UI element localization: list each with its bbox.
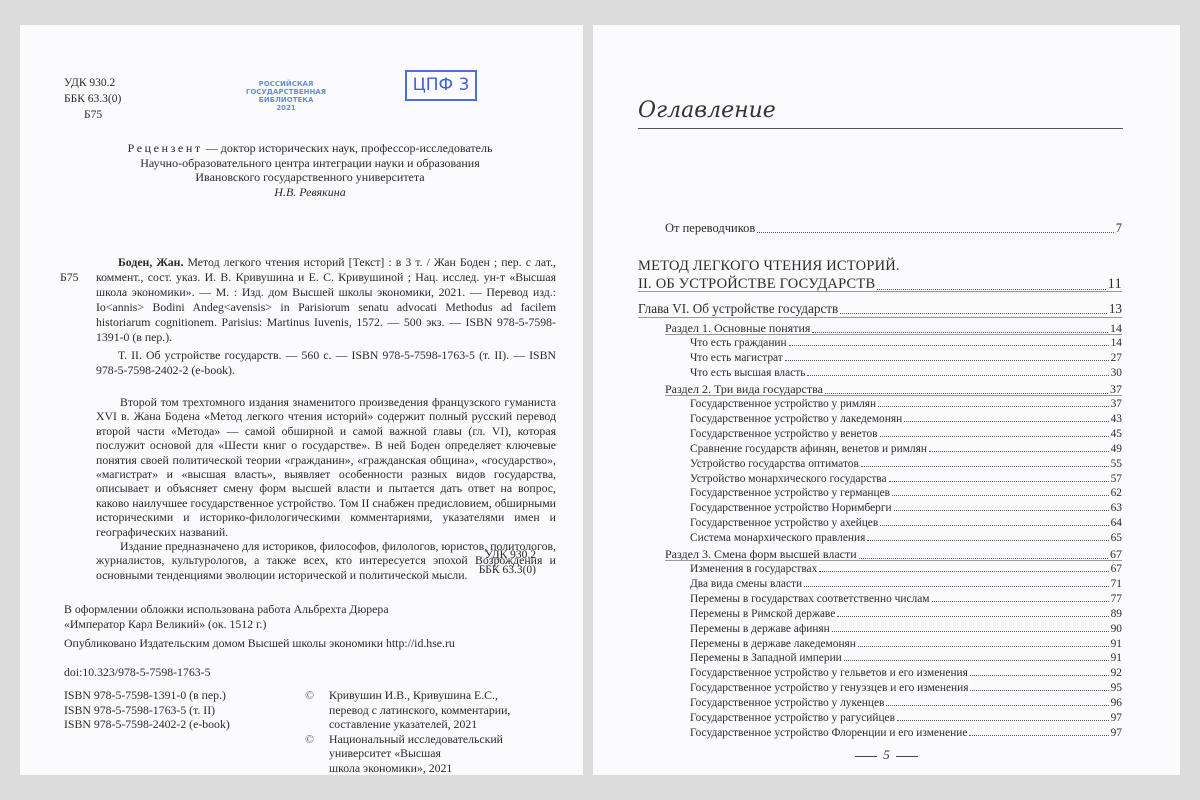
toc-entry[interactable]: Что есть гражданин14 <box>690 337 1122 349</box>
dot-leader <box>970 689 1108 691</box>
toc-page-number: 90 <box>1111 623 1122 635</box>
classification-codes-bottom: УДК 930.2 ББК 63.3(0) <box>479 548 536 578</box>
toc-label: Государственное устройство Норимберги <box>690 502 892 514</box>
toc-divider <box>665 334 1122 335</box>
dot-leader <box>904 420 1108 422</box>
dot-leader <box>897 719 1109 721</box>
dot-leader <box>889 480 1109 482</box>
toc-page-number: 89 <box>1111 608 1122 620</box>
title-divider <box>638 128 1123 129</box>
toc-entry[interactable]: Сравнение государств афинян, венетов и р… <box>690 443 1122 455</box>
toc-entry[interactable]: Государственное устройство у германцев62 <box>690 487 1122 499</box>
toc-label: Перемены в Римской державе <box>690 608 835 620</box>
toc-page-number: 30 <box>1111 367 1122 379</box>
bbk-code: ББК 63.3(0) <box>64 91 121 107</box>
toc-page-number: 13 <box>1109 301 1122 317</box>
toc-entry[interactable]: Устройство государства оптиматов55 <box>690 458 1122 470</box>
toc-label: Государственное устройство у генуэзцев и… <box>690 682 968 694</box>
dot-leader <box>804 585 1109 587</box>
copyright-block: © Кривушин И.В., Кривушина Е.С., перевод… <box>305 688 555 775</box>
dot-leader <box>785 359 1109 361</box>
cover-note-line: В оформлении обложки использована работа… <box>64 602 389 617</box>
toc-entry[interactable]: Перемены в государствах соответственно ч… <box>690 593 1122 605</box>
copyright-item: © Национальный исследовательский универс… <box>305 732 555 776</box>
stamp-line: 2021 <box>238 104 334 112</box>
toc-page-number: 67 <box>1111 563 1122 575</box>
page-number-value: 5 <box>883 747 890 762</box>
dot-leader <box>840 312 1107 314</box>
udk-code: УДК 930.2 <box>479 548 536 563</box>
dot-leader <box>877 288 1105 290</box>
copyright-line: Кривушин И.В., Кривушина Е.С., <box>329 688 555 703</box>
toc-page-number: 64 <box>1111 517 1122 529</box>
toc-entry[interactable]: Изменения в государствах67 <box>690 563 1122 575</box>
toc-page-number: 45 <box>1111 428 1122 440</box>
toc-page-number: 62 <box>1111 487 1122 499</box>
copyright-icon: © <box>305 732 314 747</box>
reviewer-affiliation: Научно-образовательного центра интеграци… <box>100 156 520 171</box>
toc-entry[interactable]: Что есть магистрат27 <box>690 352 1122 364</box>
toc-label: Перемены в державе лакедемонян <box>690 638 856 650</box>
dash-decoration <box>855 756 877 757</box>
left-page-imprint: УДК 930.2 ББК 63.3(0) Б75 РОССИЙСКАЯ ГОС… <box>20 25 583 775</box>
copyright-line: школа экономики», 2021 <box>329 761 555 776</box>
toc-label: Государственное устройство у лукенцев <box>690 697 884 709</box>
toc-page-number: 95 <box>1111 682 1122 694</box>
copyright-line: перевод с латинского, комментарии, <box>329 703 555 718</box>
bibliographic-record: Б75 Боден, Жан. Метод легкого чтения ист… <box>60 255 556 378</box>
toc-label: Государственное устройство Флоренции и е… <box>690 727 967 739</box>
toc-label: Государственное устройство у венетов <box>690 428 878 440</box>
toc-label: Государственное устройство у гельветов и… <box>690 667 968 679</box>
record-author: Боден, Жан. <box>118 255 183 269</box>
toc-entry[interactable]: Государственное устройство у лукенцев96 <box>690 697 1122 709</box>
reviewer-name: Н.В. Ревякина <box>100 185 520 200</box>
toc-label: Перемены в государствах соответственно ч… <box>690 593 930 605</box>
dot-leader <box>861 465 1109 467</box>
library-stamp: РОССИЙСКАЯ ГОСУДАРСТВЕННАЯ БИБЛИОТЕКА 20… <box>238 80 334 112</box>
copyright-line: составление указателей, 2021 <box>329 717 555 732</box>
toc-page-number: 63 <box>1111 502 1122 514</box>
record-author-mark: Б75 <box>60 270 79 285</box>
dot-leader <box>837 615 1108 617</box>
toc-label: Сравнение государств афинян, венетов и р… <box>690 443 927 455</box>
toc-entry[interactable]: Государственное устройство у гельветов и… <box>690 667 1122 679</box>
toc-label: Государственное устройство у лакедемонян <box>690 413 902 425</box>
toc-page-number: 71 <box>1111 578 1122 590</box>
cpf-stamp: ЦПФ 3 <box>405 70 477 101</box>
toc-label: Глава VI. Об устройстве государств <box>638 301 838 317</box>
toc-entry[interactable]: Государственное устройство у лакедемонян… <box>690 413 1122 425</box>
toc-label: Изменения в государствах <box>690 563 817 575</box>
toc-label: Система монархического правления <box>690 532 865 544</box>
dot-leader <box>844 659 1109 661</box>
stamp-line: БИБЛИОТЕКА <box>238 96 334 104</box>
dot-leader <box>832 630 1109 632</box>
annotation-paragraph: Второй том трехтомного издания знаменито… <box>96 395 556 539</box>
dot-leader <box>812 331 1108 333</box>
toc-label: Что есть гражданин <box>690 337 787 349</box>
dot-leader <box>867 539 1108 541</box>
toc-page-number: 97 <box>1111 727 1122 739</box>
toc-divider <box>665 560 1122 561</box>
toc-entry[interactable]: Государственное устройство у венетов45 <box>690 428 1122 440</box>
page-title: Оглавление <box>638 98 776 123</box>
udk-code: УДК 930.2 <box>64 75 121 91</box>
toc-entry[interactable]: Перемены в Римской державе89 <box>690 608 1122 620</box>
copyright-item: © Кривушин И.В., Кривушина Е.С., перевод… <box>305 688 555 732</box>
reviewer-block: Рецензент — доктор исторических наук, пр… <box>100 141 520 199</box>
toc-label: От переводчиков <box>665 221 755 236</box>
dot-leader <box>878 405 1108 407</box>
dot-leader <box>789 344 1109 346</box>
dot-leader <box>932 600 1109 602</box>
stamp-line: РОССИЙСКАЯ <box>238 80 334 88</box>
dot-leader <box>970 674 1109 676</box>
dot-leader <box>757 231 1113 233</box>
dot-leader <box>859 557 1108 559</box>
toc-divider <box>638 317 1122 318</box>
page-number: 5 <box>593 747 1180 763</box>
toc-entry[interactable]: Что есть высшая власть30 <box>690 367 1122 379</box>
toc-page-number: 91 <box>1111 652 1122 664</box>
dot-leader <box>892 494 1109 496</box>
toc-chapter[interactable]: Глава VI. Об устройстве государств13 <box>638 301 1122 317</box>
copyright-icon: © <box>305 688 314 703</box>
toc-entry[interactable]: Государственное устройство у рагусийцев9… <box>690 712 1122 724</box>
isbn: ISBN 978-5-7598-1763-5 (т. II) <box>64 703 230 718</box>
dot-leader <box>819 570 1108 572</box>
toc-page-number: 27 <box>1111 352 1122 364</box>
toc-page-number: 57 <box>1111 473 1122 485</box>
toc-label: Два вида смены власти <box>690 578 802 590</box>
record-volume-text: Т. II. Об устройстве государств. — 560 с… <box>96 348 556 378</box>
toc-entry[interactable]: Государственное устройство у генуэзцев и… <box>690 682 1122 694</box>
dot-leader <box>807 374 1108 376</box>
toc-label: Государственное устройство у германцев <box>690 487 890 499</box>
author-mark: Б75 <box>64 107 121 123</box>
copyright-line: университет «Высшая <box>329 746 555 761</box>
dash-decoration <box>896 756 918 757</box>
toc-item-front[interactable]: От переводчиков7 <box>665 221 1122 236</box>
toc-divider <box>638 291 1122 292</box>
toc-entry[interactable]: Два вида смены власти71 <box>690 578 1122 590</box>
toc-entry[interactable]: Государственное устройство у ахейцев64 <box>690 517 1122 529</box>
toc-page-number: 92 <box>1111 667 1122 679</box>
dot-leader <box>825 392 1108 394</box>
toc-page-number: 37 <box>1111 398 1122 410</box>
toc-page-number: 55 <box>1111 458 1122 470</box>
reviewer-label: Рецензент <box>128 141 203 155</box>
reviewer-university: Ивановского государственного университет… <box>100 170 520 185</box>
dot-leader <box>880 524 1108 526</box>
toc-page-number: 49 <box>1111 443 1122 455</box>
cover-note: В оформлении обложки использована работа… <box>64 602 389 631</box>
publisher-note: Опубликовано Издательским домом Высшей ш… <box>64 636 455 651</box>
dot-leader <box>894 509 1109 511</box>
toc-page-number: 14 <box>1111 337 1122 349</box>
toc-entry[interactable]: Государственное устройство Норимберги63 <box>690 502 1122 514</box>
isbn: ISBN 978-5-7598-1391-0 (в пер.) <box>64 688 230 703</box>
toc-label: Государственное устройство у римлян <box>690 398 876 410</box>
toc-part-title: МЕТОД ЛЕГКОГО ЧТЕНИЯ ИСТОРИЙ. <box>638 258 900 275</box>
toc-entry[interactable]: Государственное устройство у римлян37 <box>690 398 1122 410</box>
toc-entry[interactable]: Устройство монархического государства57 <box>690 473 1122 485</box>
toc-entry[interactable]: Государственное устройство Флоренции и е… <box>690 727 1122 739</box>
toc-label: Государственное устройство у ахейцев <box>690 517 878 529</box>
stamp-line: ГОСУДАРСТВЕННАЯ <box>238 88 334 96</box>
toc-label: Устройство государства оптиматов <box>690 458 859 470</box>
toc-page-number: 97 <box>1111 712 1122 724</box>
toc-label: Перемены в державе афинян <box>690 623 830 635</box>
dot-leader <box>858 645 1109 647</box>
reviewer-title: — доктор исторических наук, профессор-ис… <box>203 141 493 155</box>
cover-note-line: «Император Карл Великий» (ок. 1512 г.) <box>64 617 389 632</box>
dot-leader <box>880 435 1109 437</box>
toc-label: Устройство монархического государства <box>690 473 887 485</box>
toc-page-number: 7 <box>1116 221 1122 236</box>
right-page-contents: Оглавление МЕТОД ЛЕГКОГО ЧТЕНИЯ ИСТОРИЙ.… <box>593 25 1180 775</box>
toc-label: Государственное устройство у рагусийцев <box>690 712 895 724</box>
toc-page-number: 91 <box>1111 638 1122 650</box>
isbn-list: ISBN 978-5-7598-1391-0 (в пер.) ISBN 978… <box>64 688 230 732</box>
toc-entry[interactable]: Система монархического правления65 <box>690 532 1122 544</box>
toc-entry[interactable]: Перемены в державе афинян90 <box>690 623 1122 635</box>
toc-label: Перемены в Западной империи <box>690 652 842 664</box>
toc-label: Что есть высшая власть <box>690 367 805 379</box>
copyright-line: Национальный исследовательский <box>329 732 555 747</box>
dot-leader <box>886 704 1108 706</box>
toc-page-number: 96 <box>1111 697 1122 709</box>
dot-leader <box>929 450 1109 452</box>
doi: doi:10.323/978-5-7598-1763-5 <box>64 665 210 680</box>
dot-leader <box>969 734 1108 736</box>
isbn: ISBN 978-5-7598-2402-2 (e-book) <box>64 717 230 732</box>
toc-entry[interactable]: Перемены в Западной империи91 <box>690 652 1122 664</box>
toc-page-number: 43 <box>1111 413 1122 425</box>
toc-divider <box>665 395 1122 396</box>
toc-page-number: 77 <box>1111 593 1122 605</box>
bbk-code: ББК 63.3(0) <box>479 563 536 578</box>
toc-entry[interactable]: Перемены в державе лакедемонян91 <box>690 638 1122 650</box>
toc-page-number: 65 <box>1111 532 1122 544</box>
toc-label: Что есть магистрат <box>690 352 783 364</box>
classification-codes: УДК 930.2 ББК 63.3(0) Б75 <box>64 75 121 123</box>
